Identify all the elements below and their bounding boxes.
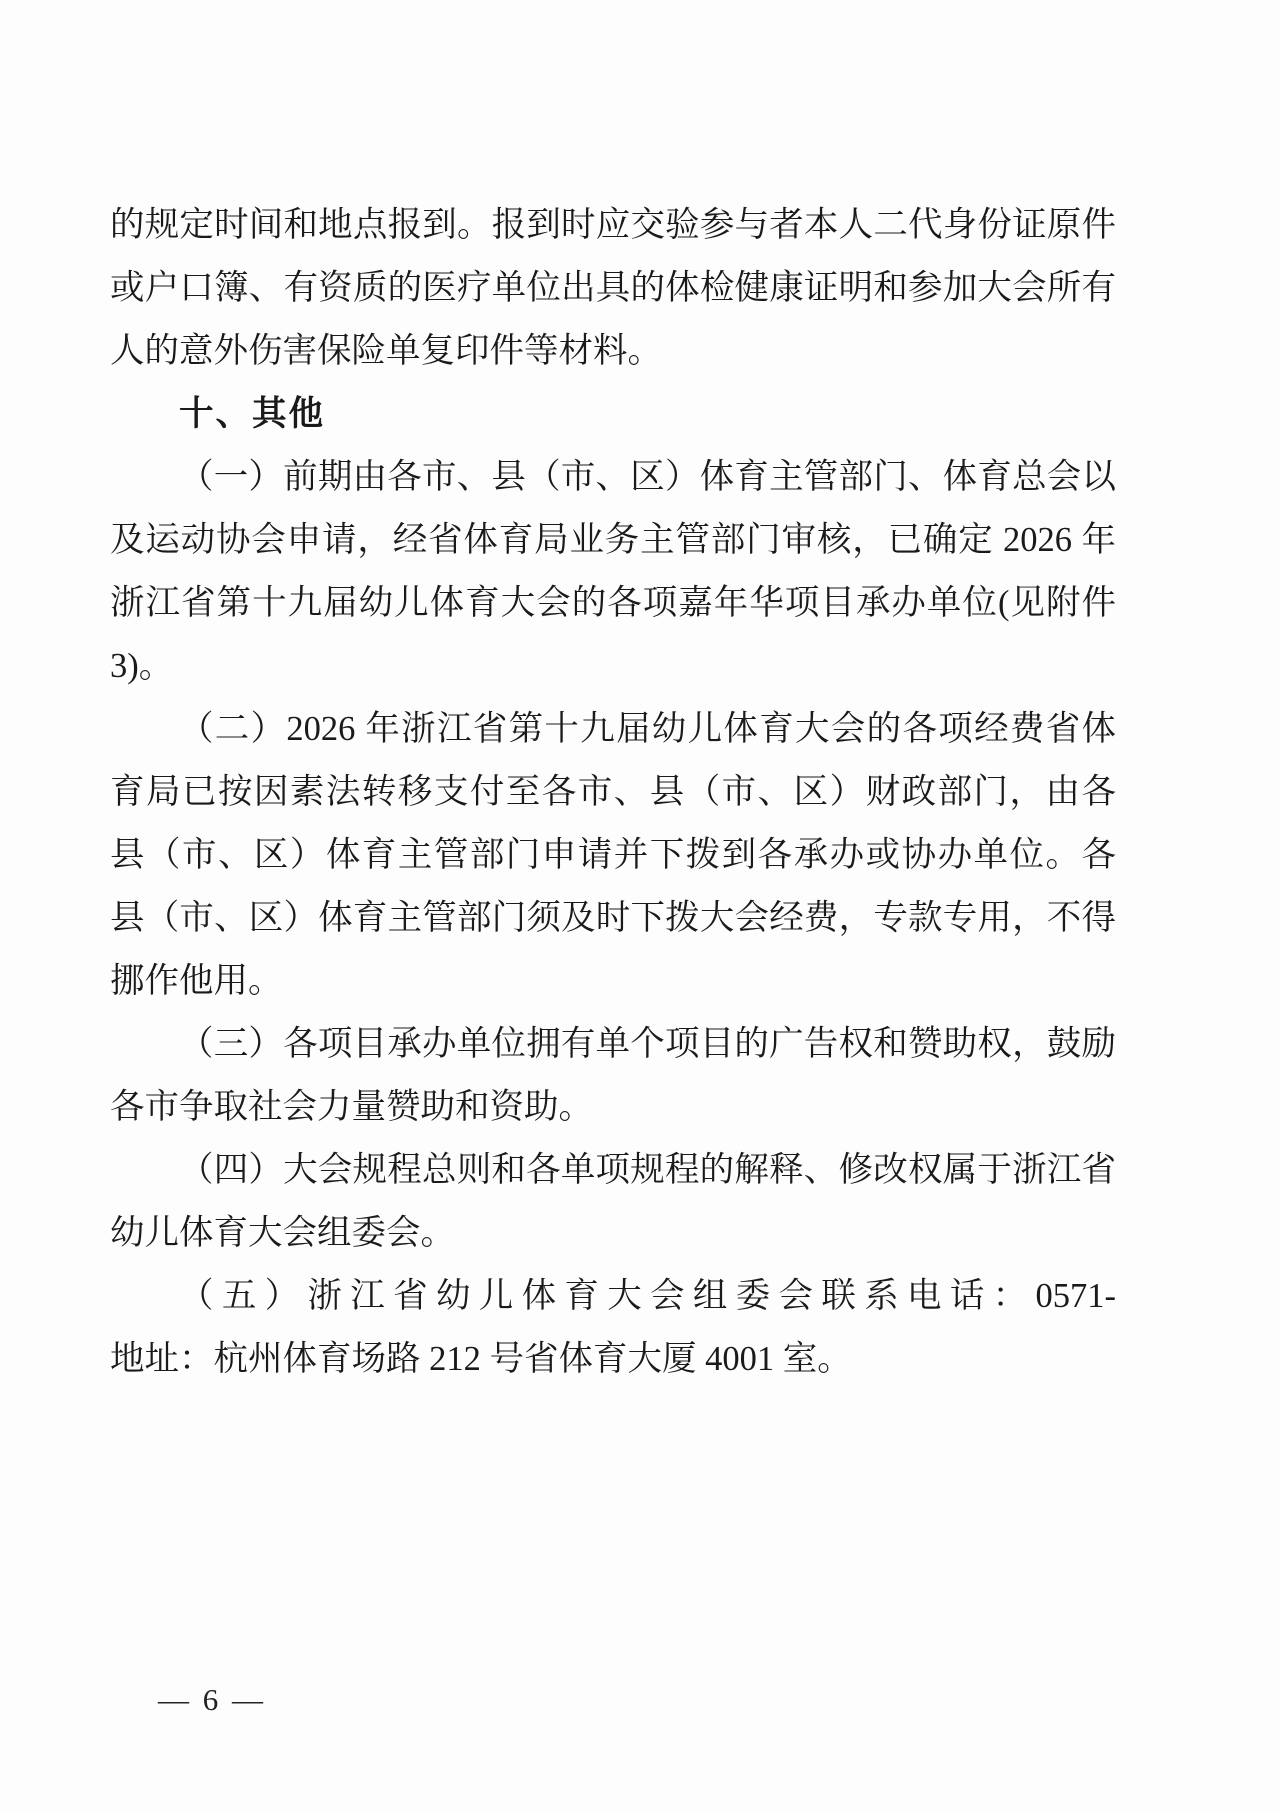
section-heading-other: 十、其他	[110, 383, 1116, 446]
text-line: （五）浙江省幼儿体育大会组委会联系电话：0571-85101386，	[110, 1265, 1116, 1328]
document-body: 的规定时间和地点报到。报到时应交验参与者本人二代身份证原件 或户口簿、有资质的医…	[110, 194, 1116, 1391]
text-line: 的规定时间和地点报到。报到时应交验参与者本人二代身份证原件	[110, 194, 1116, 257]
page-number: — 6 —	[158, 1680, 266, 1720]
text-line: 3)。	[110, 635, 1116, 698]
text-line: 县（市、区）体育主管部门申请并下拨到各承办或协办单位。各市、	[110, 824, 1116, 887]
text-line: 及运动协会申请，经省体育局业务主管部门审核，已确定 2026 年	[110, 509, 1116, 572]
text-line: 育局已按因素法转移支付至各市、县（市、区）财政部门，由各市、	[110, 761, 1116, 824]
text-line: （三）各项目承办单位拥有单个项目的广告权和赞助权，鼓励	[110, 1013, 1116, 1076]
text-line: 各市争取社会力量赞助和资助。	[110, 1076, 1116, 1139]
text-line: （四）大会规程总则和各单项规程的解释、修改权属于浙江省	[110, 1139, 1116, 1202]
text-line: 挪作他用。	[110, 950, 1116, 1013]
text-line: （二）2026 年浙江省第十九届幼儿体育大会的各项经费省体	[110, 698, 1116, 761]
text-line: 或户口簿、有资质的医疗单位出具的体检健康证明和参加大会所有	[110, 257, 1116, 320]
text-line: 幼儿体育大会组委会。	[110, 1202, 1116, 1265]
text-line: （一）前期由各市、县（市、区）体育主管部门、体育总会以	[110, 446, 1116, 509]
text-line: 地址：杭州体育场路 212 号省体育大厦 4001 室。	[110, 1328, 1116, 1391]
text-line: 浙江省第十九届幼儿体育大会的各项嘉年华项目承办单位(见附件	[110, 572, 1116, 635]
document-page: 的规定时间和地点报到。报到时应交验参与者本人二代身份证原件 或户口簿、有资质的医…	[0, 0, 1280, 1810]
text-line: 人的意外伤害保险单复印件等材料。	[110, 320, 1116, 383]
text-line: 县（市、区）体育主管部门须及时下拨大会经费，专款专用，不得	[110, 887, 1116, 950]
